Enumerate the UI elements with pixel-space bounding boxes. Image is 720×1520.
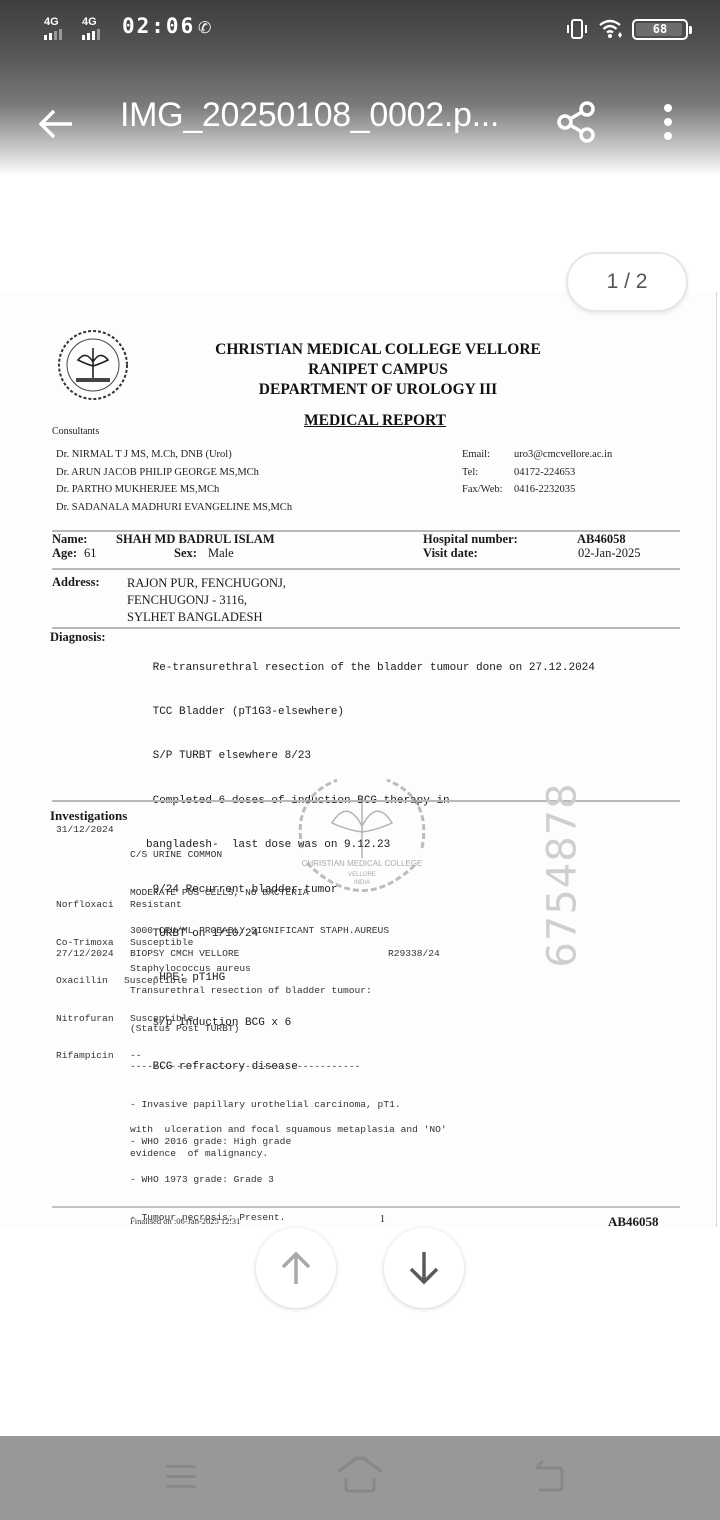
consultant: Dr. NIRMAL T J MS, M.Ch, DNB (Urol)	[56, 446, 292, 464]
result-line: - Invasive papillary urothelial carcinom…	[130, 1099, 475, 1112]
divider	[52, 627, 680, 629]
investigation-date: 27/12/2024	[56, 948, 114, 961]
biopsy-result: Transurethral resection of bladder tumou…	[130, 960, 475, 1227]
previous-page-button[interactable]	[256, 1228, 336, 1308]
signal-icon: 4G	[82, 16, 100, 40]
address: RAJON PUR, FENCHUGONJ, FENCHUGONJ - 3116…	[127, 575, 286, 626]
investigations-label: Investigations	[50, 808, 127, 824]
biopsy-continuation: evidence of malignancy.	[130, 1148, 268, 1161]
home-button[interactable]	[335, 1456, 385, 1496]
page-number: 1	[380, 1214, 385, 1225]
menu-icon	[164, 1462, 198, 1490]
visit-date-label: Visit date:	[423, 546, 478, 561]
wifi-icon	[598, 17, 624, 39]
diagnosis-line: TCC Bladder (pT1G3-elsewhere)	[146, 705, 595, 720]
result-line: (Status Post TURBT)	[130, 1023, 475, 1036]
result-line: - WHO 1973 grade: Grade 3	[130, 1174, 475, 1187]
phone-call-icon: ✆	[198, 18, 211, 38]
pdf-page[interactable]: CHRISTIAN MEDICAL COLLEGE VELLORE RANIPE…	[0, 292, 716, 1227]
result-line: Transurethral resection of bladder tumou…	[130, 985, 475, 998]
network-type-2: 4G	[82, 16, 100, 28]
sex-label: Sex:	[174, 546, 197, 561]
contact-label: Fax/Web:	[462, 481, 514, 499]
result-line: C/S URINE COMMON	[130, 849, 389, 862]
sensitivity-row: NorfloxaciResistant	[56, 899, 193, 912]
system-navigation-bar	[0, 1436, 720, 1520]
page-edge	[716, 292, 717, 1227]
college-logo	[56, 328, 130, 402]
home-icon	[335, 1456, 385, 1496]
finalised-date: Finalised on :06-Jan-2025 12:31	[130, 1216, 240, 1226]
address-line: SYLHET BANGLADESH	[127, 609, 286, 626]
biopsy-title: BIOPSY CMCH VELLORE	[130, 948, 239, 961]
arrow-down-icon	[406, 1248, 442, 1288]
next-page-button[interactable]	[384, 1228, 464, 1308]
network-type-1: 4G	[44, 16, 62, 28]
investigation-date: 31/12/2024	[56, 824, 114, 837]
name-label: Name:	[52, 532, 87, 547]
footer-id: AB46058	[608, 1214, 659, 1227]
arrow-left-icon[interactable]	[30, 98, 82, 150]
clock: 02:06	[122, 14, 195, 38]
hospital-number-label: Hospital number:	[423, 532, 518, 547]
divider	[52, 1206, 680, 1208]
top-header: 4G 4G 02:06 ✆ 68 IMG_20	[0, 0, 720, 175]
back-button[interactable]	[524, 1456, 574, 1496]
patient-sex: Male	[208, 546, 234, 561]
fax-value: 0416-2232035	[514, 481, 575, 499]
menu-button[interactable]	[156, 1456, 206, 1496]
more-vertical-icon[interactable]	[648, 98, 688, 146]
report-title: MEDICAL REPORT	[304, 412, 446, 430]
share-icon[interactable]	[552, 98, 600, 146]
divider	[52, 568, 680, 570]
institution-name: CHRISTIAN MEDICAL COLLEGE VELLORE	[140, 340, 616, 360]
email-value: uro3@cmcvellore.ac.in	[514, 446, 612, 464]
result-line: ----------------------------------------	[130, 1061, 475, 1074]
serial-number: 6754878	[540, 782, 586, 967]
address-line: FENCHUGONJ - 3116,	[127, 592, 286, 609]
hospital-number: AB46058	[577, 532, 626, 547]
vibrate-icon	[566, 19, 588, 39]
diagnosis-line: Re-transurethral resection of the bladde…	[146, 661, 595, 676]
battery-level: 68	[634, 22, 686, 36]
tel-value: 04172-224653	[514, 464, 575, 482]
diagnosis-line: S/P TURBT elsewhere 8/23	[146, 749, 595, 764]
department-name: DEPARTMENT OF UROLOGY III	[140, 380, 616, 400]
biopsy-ref: R29338/24	[388, 948, 440, 961]
age-label: Age:	[52, 546, 77, 561]
campus-name: RANIPET CAMPUS	[140, 360, 616, 380]
patient-age: 61	[84, 546, 97, 561]
arrow-up-icon	[278, 1248, 314, 1288]
biopsy-continuation: with ulceration and focal squamous metap…	[130, 1124, 447, 1137]
institution-header: CHRISTIAN MEDICAL COLLEGE VELLORE RANIPE…	[140, 340, 616, 400]
patient-name: SHAH MD BADRUL ISLAM	[116, 532, 275, 547]
visit-date: 02-Jan-2025	[578, 546, 641, 561]
consultants-label: Consultants	[52, 426, 99, 437]
file-title: IMG_20250108_0002.p...	[120, 96, 499, 135]
address-line: RAJON PUR, FENCHUGONJ,	[127, 575, 286, 592]
contact-label: Email:	[462, 446, 514, 464]
signal-icon: 4G	[44, 16, 62, 40]
battery-icon: 68	[632, 19, 688, 40]
contact-info: Email:uro3@cmcvellore.ac.in Tel:04172-22…	[462, 446, 612, 499]
page-indicator: 1 / 2	[566, 252, 688, 312]
diagnosis-label: Diagnosis:	[50, 630, 106, 645]
app-bar: IMG_20250108_0002.p...	[0, 80, 720, 160]
contact-label: Tel:	[462, 464, 514, 482]
consultant: Dr. ARUN JACOB PHILIP GEORGE MS,MCh	[56, 464, 292, 482]
consultants-list: Dr. NIRMAL T J MS, M.Ch, DNB (Urol) Dr. …	[56, 446, 292, 516]
consultant: Dr. SADANALA MADHURI EVANGELINE MS,MCh	[56, 499, 292, 517]
back-icon	[529, 1458, 569, 1494]
status-bar: 4G 4G 02:06 ✆ 68	[0, 0, 720, 56]
consultant: Dr. PARTHO MUKHERJEE MS,MCh	[56, 481, 292, 499]
address-label: Address:	[52, 575, 100, 590]
